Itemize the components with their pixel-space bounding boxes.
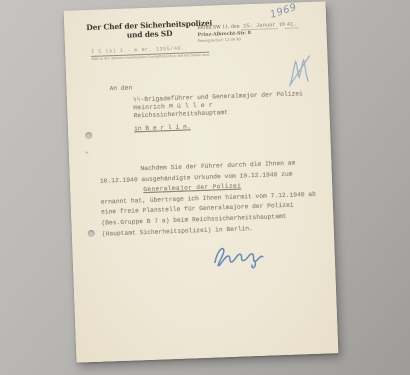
date-block: Berlin SW 11, den 15. Januar 1941. Prinz…: [197, 21, 314, 43]
letterhead: Der Chef der Sicherheitspolizei und des …: [86, 18, 213, 41]
document-paper: Der Chef der Sicherheitspolizei und des …: [64, 1, 339, 362]
paraph-ink: [286, 54, 313, 89]
signature-ink: [205, 239, 268, 275]
body-paragraph-2: ernannt hat, übertrage ich Ihnen hiermit…: [100, 189, 319, 239]
recipient-salutation: An den: [109, 84, 132, 92]
archive-number-annotation: 1969: [269, 2, 299, 21]
recipient-block: ᛋᛋ-Brigadeführer und Generalmajor der Po…: [133, 90, 304, 134]
date-city-prefix: Berlin SW 11, den: [197, 24, 240, 31]
punch-hole-bottom: [88, 230, 95, 237]
punch-hole-top: [85, 132, 92, 139]
date-year-printed: 19: [279, 23, 285, 28]
letter-body: Nachdem Sie der Führer durch die Ihnen a…: [99, 158, 320, 240]
recipient-city-line: in B e r l i n.: [134, 119, 304, 133]
date-typed-value: 15. Januar: [241, 22, 278, 30]
date-year-typed: 41.: [285, 21, 299, 28]
pencil-cross-mark: +: [85, 150, 89, 156]
photo-background: Der Chef der Sicherheitspolizei und des …: [0, 0, 410, 375]
